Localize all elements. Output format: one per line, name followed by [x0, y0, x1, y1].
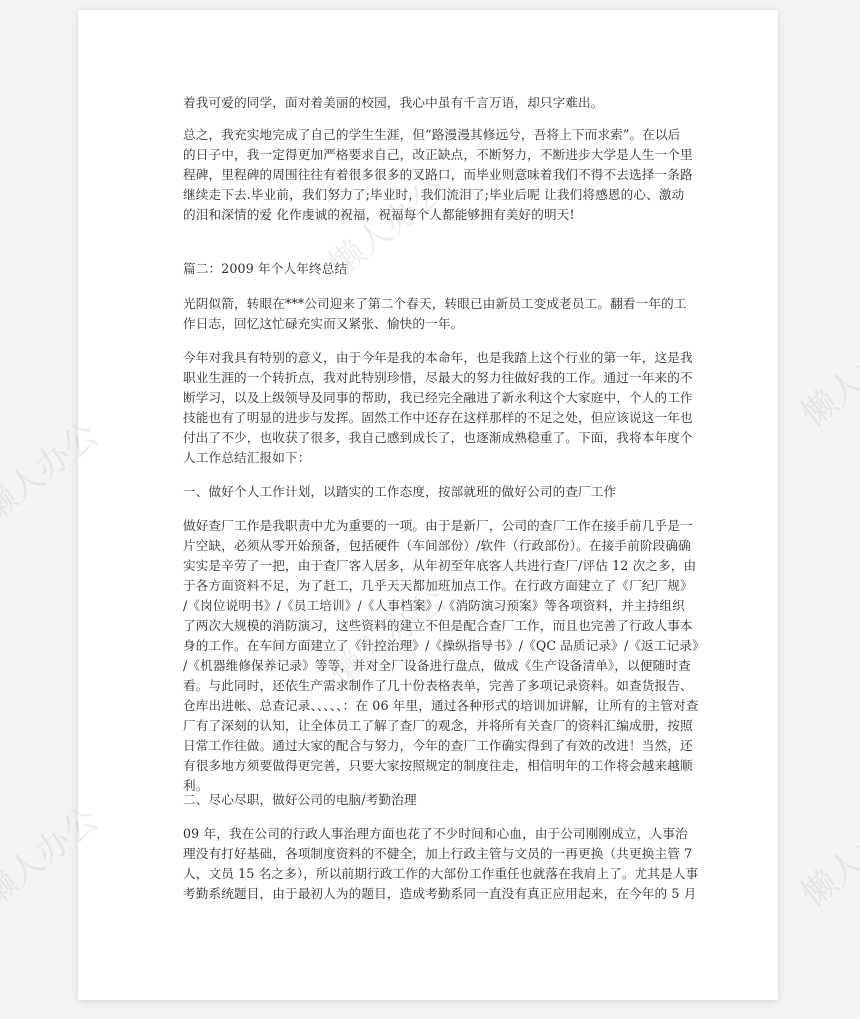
paragraph-line: 了两次大规模的消防演习，这些资料的建立不但是配合查厂工作，而且也完善了行政人事本 [183, 618, 675, 634]
paragraph-line: 考勤系统题目，由于最初人为的题目，造成考勤系同一直没有真正应用起来，在今年的 5… [183, 886, 675, 902]
paragraph-line: 理没有打好基础，各项制度资料的不健全，加上行政主管与文员的一再更换（共更换主管 … [183, 846, 675, 862]
paragraph-line: 仓库出进帐、总查记录、、、、、：在 06 年里，通过各种形式的培训加讲解，让所有… [183, 698, 675, 714]
paragraph-line: 09 年，我在公司的行政人事治理方面也花了不少时间和心血，由于公司刚刚成立，人事… [183, 826, 675, 842]
paragraph-line: 光阴似箭，转眼在***公司迎来了第二个春天，转眼已由新员工变成老员工。翻看一年的… [183, 296, 675, 312]
paragraph-line: 付出了不少，也收获了很多，我自己感到成长了，也逐渐成熟稳重了。下面，我将本年度个 [183, 430, 675, 446]
paragraph-line: 的日子中，我一定得更加严格要求自己，改正缺点，不断努力，不断进步大学是人生一个里 [183, 147, 675, 163]
watermark: 懒人办公 [789, 313, 860, 435]
paragraph-line: 日常工作往做。通过大家的配合与努力，今年的查厂工作确实得到了有效的改进！当然，还 [183, 738, 675, 754]
paragraph-line: 作日志，回忆这忙碌充实而又紧张、愉快的一年。 [183, 316, 675, 332]
paragraph-line: 厂有了深刻的认知，让全体员工了解了查厂的观念，并将所有关查厂的资料汇编成册，按照 [183, 718, 675, 734]
paragraph-line: /《机器维修保养记录》等等，并对全厂设备进行盘点，做成《生产设备清单》，以便随时… [183, 658, 675, 674]
section-title: 篇二：2009 年个人年终总结 [183, 261, 675, 277]
paragraph-line: 程碑，里程碑的周围往往有着很多很多的叉路口，而毕业则意味着我们不得不去选择一条路 [183, 167, 675, 183]
paragraph-line: 人工作总结汇报如下： [183, 450, 675, 466]
paragraph-line: 今年对我具有特别的意义，由于今年是我的本命年，也是我踏上这个行业的第一年，这是我 [183, 350, 675, 366]
paragraph-line: /《岗位说明书》/《员工培训》/《人事档案》/《消防演习预案》等各项资料，并主持… [183, 598, 675, 614]
paragraph-line: 做好查厂工作是我职责中尤为重要的一项。由于是新厂，公司的查厂工作在接手前几乎是一 [183, 518, 675, 534]
paragraph-line: 实实是辛劳了一把，由于查厂客人居多，从年初至年底客人共进行查厂/评估 12 次之… [183, 558, 675, 574]
paragraph-line: 总之，我充实地完成了自己的学生生涯，但“路漫漫其修远兮，吾将上下而求索”。在以后 [183, 127, 675, 143]
section-heading: 一、做好个人工作计划，以踏实的工作态度，按部就班的做好公司的查厂工作 [183, 484, 675, 500]
paragraph-line: 继续走下去.毕业前，我们努力了;毕业时，我们流泪了;毕业后呢 让我们将感恩的心、… [183, 187, 675, 203]
paragraph-line: 人，文员 15 名之多），所以前期行政工作的大部份工作重任也就落在我肩上了。尤其… [183, 866, 675, 882]
paragraph-line: 有很多地方须要做得更完善，只要大家按照规定的制度往走，相信明年的工作将会越来越顺 [183, 758, 675, 774]
document-page: 着我可爱的同学，面对着美丽的校园，我心中虽有千言万语，却只字难出。总之，我充实地… [78, 10, 778, 1000]
paragraph-line: 片空缺，必须从零开始预备，包括硬件（车间部份）/软件（行政部份）。在接手前阶段确… [183, 538, 675, 554]
paragraph-line: 着我可爱的同学，面对着美丽的校园，我心中虽有千言万语，却只字难出。 [183, 95, 675, 111]
paragraph-line: 身的工作。在车间方面建立了《针控治理》/《操纵指导书》/《QC 品质记录》/《返… [183, 638, 675, 654]
paragraph-line: 职业生涯的一个转折点，我对此特别珍惜，尽最大的努力往做好我的工作。通过一年来的不 [183, 370, 675, 386]
watermark: 懒人办公 [789, 793, 860, 915]
paragraph-line: 看。与此同时，还依生产需求制作了几十份表格表单，完善了多项记录资料。如查货报告、 [183, 678, 675, 694]
section-heading: 二、尽心尽职，做好公司的电脑/考勤治理 [183, 792, 675, 808]
paragraph-line: 于各方面资料不足，为了赶工，几乎天天都加班加点工作。在行政方面建立了《厂纪厂规》 [183, 578, 675, 594]
paragraph-line: 断学习，以及上级领导及同事的帮助，我已经完全融进了新永利这个大家庭中，个人的工作 [183, 390, 675, 406]
paragraph-line: 的泪和深情的爱 化作虔诚的祝福，祝福每个人都能够拥有美好的明天! [183, 207, 675, 223]
paragraph-line: 技能也有了明显的进步与发挥。固然工作中还存在这样那样的不足之处，但应该说这一年也 [183, 410, 675, 426]
